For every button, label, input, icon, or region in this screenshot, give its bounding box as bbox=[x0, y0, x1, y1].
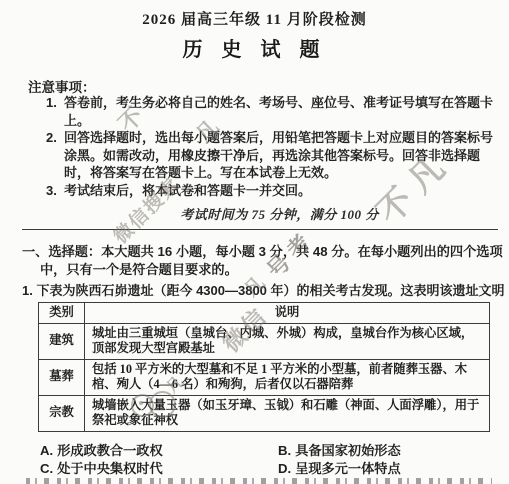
notice-item-number: 2. bbox=[46, 129, 64, 182]
table-cell-description: 包括 10 平方米的大型墓和不足 1 平方米的小型墓，前者随葬玉器、木棺、殉人（… bbox=[85, 359, 490, 395]
option-b-text: 具备国家初始形态 bbox=[295, 443, 401, 458]
table-cell-category: 宗教 bbox=[39, 395, 85, 431]
exam-duration-score: 考试时间为 75 分钟，满分 100 分 bbox=[0, 204, 509, 223]
table-row: 宗教 城墙嵌入大量玉器（如玉牙璋、玉钺）和石雕（神面、人面浮雕），用于祭祀或象征… bbox=[39, 395, 490, 431]
watermark-face-logo bbox=[149, 391, 176, 418]
option-a: A.形成政教合一政权 bbox=[40, 443, 278, 459]
table-cell-category: 建筑 bbox=[39, 323, 85, 359]
table-header-category: 类别 bbox=[39, 303, 85, 324]
question-1-options: A.形成政教合一政权 B.具备国家初始形态 C.处于中央集权时代 D.呈现多元一… bbox=[40, 443, 490, 477]
exam-title: 历 史 试 题 bbox=[0, 33, 509, 62]
notice-item-number: 1. bbox=[46, 94, 64, 129]
notice-heading: 注意事项： bbox=[28, 76, 96, 96]
option-a-text: 形成政教合一政权 bbox=[57, 443, 163, 458]
table-header-description: 说明 bbox=[85, 303, 490, 324]
option-b: B.具备国家初始形态 bbox=[278, 443, 490, 459]
watermark-face-logo bbox=[139, 401, 143, 405]
table-cell-category: 墓葬 bbox=[39, 359, 85, 395]
option-d-text: 呈现多元一体特点 bbox=[295, 461, 401, 476]
cutoff-next-question-line bbox=[26, 478, 492, 484]
option-d: D.呈现多元一体特点 bbox=[278, 461, 490, 477]
notice-item-number: 3. bbox=[46, 182, 64, 200]
option-d-label: D. bbox=[278, 461, 291, 476]
exam-subtitle: 2026 届高三年级 11 月阶段检测 bbox=[0, 8, 509, 29]
watermark-face-logo bbox=[158, 399, 162, 403]
table-row: 墓葬 包括 10 平方米的大型墓和不足 1 平方米的小型墓，前者随葬玉器、木棺、… bbox=[39, 359, 490, 395]
option-c-label: C. bbox=[40, 461, 53, 476]
option-b-label: B. bbox=[278, 443, 291, 458]
option-c-text: 处于中央集权时代 bbox=[57, 461, 163, 476]
option-a-label: A. bbox=[40, 443, 53, 458]
section-divider-line bbox=[22, 229, 498, 230]
option-c: C.处于中央集权时代 bbox=[40, 461, 278, 477]
table-cell-description: 城址由三重城垣（皇城台、内城、外城）构成，皇城台作为核心区域，顶部发现大型宫殿基… bbox=[85, 323, 490, 359]
